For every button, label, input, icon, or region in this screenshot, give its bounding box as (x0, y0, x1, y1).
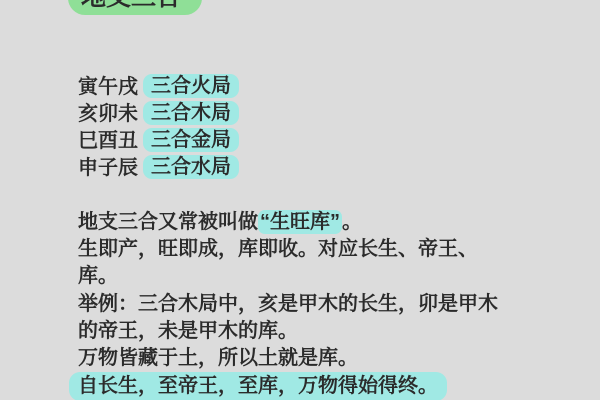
combo-result-tag: 三合金局 (143, 128, 239, 152)
list-item: 亥卯未三合木局 (78, 101, 239, 128)
explain-line-1-pre: 地支三合又常被叫做 (78, 211, 258, 233)
example-line-2: 的帝王，未是甲木的库。 (78, 318, 548, 345)
explain-line-1-post: 。 (342, 211, 362, 233)
list-item: 寅午戌三合火局 (78, 74, 239, 101)
combo-branches: 申子辰 (78, 157, 138, 179)
combo-branches: 亥卯未 (78, 103, 138, 125)
combo-branches: 巳酉丑 (78, 130, 138, 152)
example-line-1: 举例：三合木局中，亥是甲木的长生，卯是甲木 (78, 291, 548, 318)
combo-result-tag: 三合水局 (143, 155, 239, 179)
explain-line-1: 地支三合又常被叫做“生旺库”。 (78, 209, 548, 236)
combo-branches: 寅午戌 (78, 76, 138, 98)
combo-list: 寅午戌三合火局 亥卯未三合木局 巳酉丑三合金局 申子辰三合水局 (78, 74, 239, 182)
explain-line-3: 库。 (78, 263, 548, 290)
note-page: { "page": { "background_color": "#dcdcdc… (0, 0, 600, 400)
page-title-text: 地支三合· (81, 0, 189, 11)
explain-paragraph: 地支三合又常被叫做“生旺库”。 生即产，旺即成，库即收。对应长生、帝王、 库。 (78, 209, 548, 290)
highlight-summary-line: 自长生，至帝王，至库，万物得始得终。 (69, 372, 447, 400)
list-item: 巳酉丑三合金局 (78, 128, 239, 155)
highlight-shengwangku: “生旺库” (258, 210, 342, 234)
list-item: 申子辰三合水局 (78, 155, 239, 182)
example-line-4: 自长生，至帝王，至库，万物得始得终。 (78, 372, 548, 400)
explain-line-2: 生即产，旺即成，库即收。对应长生、帝王、 (78, 236, 548, 263)
page-title: 地支三合· (68, 0, 202, 15)
combo-result-tag: 三合木局 (143, 101, 239, 125)
combo-result-tag: 三合火局 (143, 74, 239, 98)
example-line-3: 万物皆藏于土，所以土就是库。 (78, 345, 548, 372)
example-paragraph: 举例：三合木局中，亥是甲木的长生，卯是甲木 的帝王，未是甲木的库。 万物皆藏于土… (78, 291, 548, 400)
